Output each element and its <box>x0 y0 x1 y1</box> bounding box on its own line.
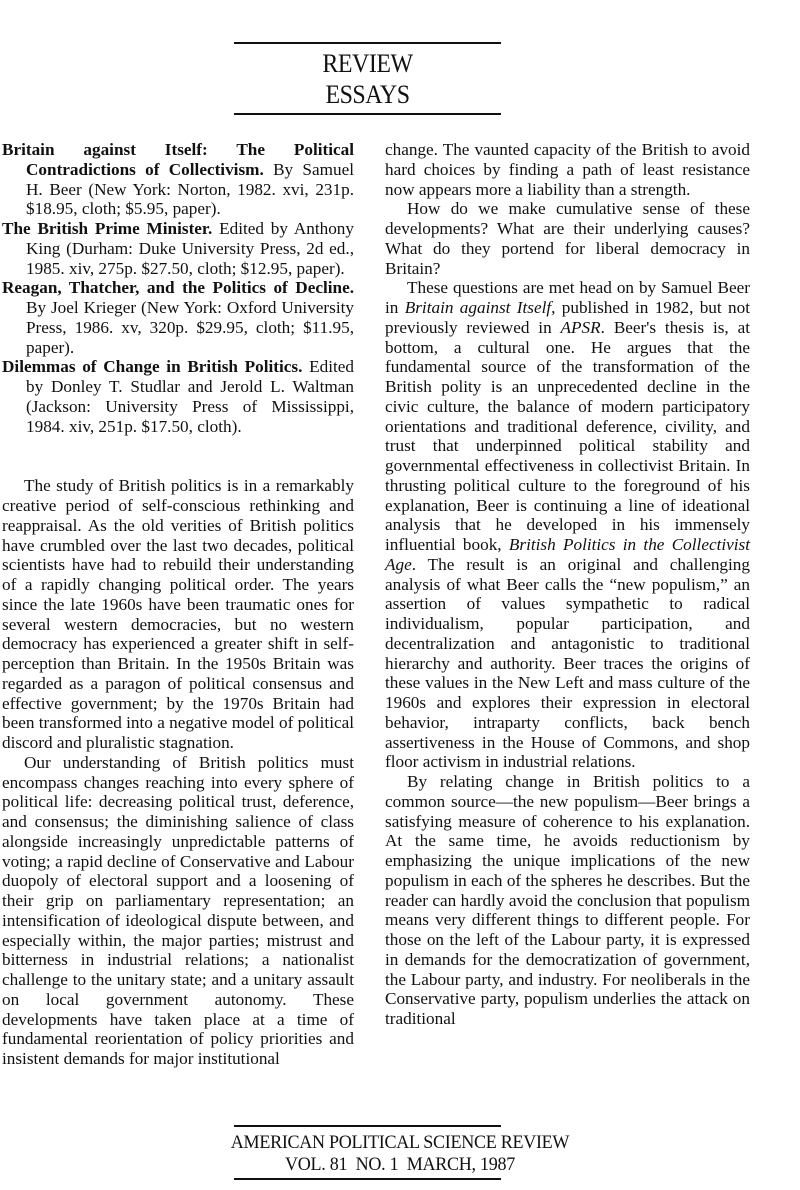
text-run: . Beer's thesis is, at bottom, a cultura… <box>385 318 750 554</box>
book-citation: Britain against Itself: The Political Co… <box>2 140 354 219</box>
spacer <box>2 436 354 476</box>
section-header: REVIEW ESSAYS <box>234 42 501 115</box>
book-title: Reagan, Thatcher, and the Politics of De… <box>2 278 354 297</box>
book-citation: Dilemmas of Change in British Politics. … <box>2 357 354 436</box>
right-column: change. The vaunted capacity of the Brit… <box>385 140 750 1029</box>
journal-footer: AMERICAN POLITICAL SCIENCE REVIEW VOL. 8… <box>0 1132 800 1176</box>
book-details: By Joel Krieger (New York: Oxford Univer… <box>26 298 354 357</box>
body-paragraph: By relating change in British politics t… <box>385 772 750 1029</box>
left-column: Britain against Itself: The Political Co… <box>2 140 354 1069</box>
body-paragraph: The study of British politics is in a re… <box>2 476 354 753</box>
journal-abbrev-italic: APSR <box>561 318 601 337</box>
section-title-line1: REVIEW <box>245 48 491 79</box>
book-citation: Reagan, Thatcher, and the Politics of De… <box>2 278 354 357</box>
text-run: . The result is an original and challeng… <box>385 555 750 772</box>
book-title: The British Prime Minister. <box>2 219 212 238</box>
body-paragraph: How do we make cumulative sense of these… <box>385 199 750 278</box>
book-title: Dilemmas of Change in British Politics. <box>2 357 302 376</box>
footer-top-rule <box>234 1125 501 1127</box>
body-paragraph-continuation: change. The vaunted capacity of the Brit… <box>385 140 750 199</box>
book-citation: The British Prime Minister. Edited by An… <box>2 219 354 278</box>
header-bottom-rule <box>234 113 501 115</box>
footer-bottom-rule <box>234 1178 501 1180</box>
section-title: REVIEW ESSAYS <box>245 44 491 113</box>
book-title-italic: Britain against Itself <box>405 298 551 317</box>
journal-name: AMERICAN POLITICAL SCIENCE REVIEW <box>20 1132 780 1154</box>
section-title-line2: ESSAYS <box>245 79 491 110</box>
body-paragraph: Our understanding of British politics mu… <box>2 753 354 1069</box>
reviewed-books-list: Britain against Itself: The Political Co… <box>2 140 354 436</box>
issue-info: VOL. 81 NO. 1 MARCH, 1987 <box>20 1154 780 1176</box>
body-paragraph: These questions are met head on by Samue… <box>385 278 750 772</box>
